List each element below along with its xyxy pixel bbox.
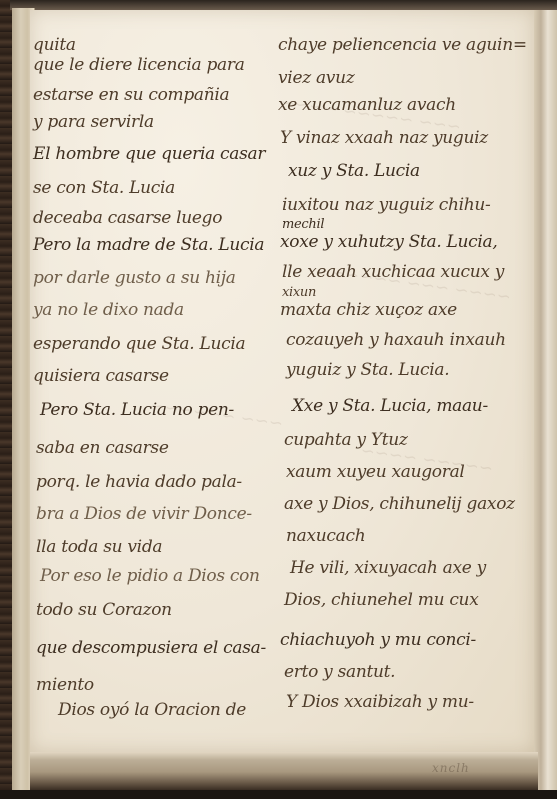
text-line: esperando que Sta. Lucia (33, 334, 245, 354)
text-line: miento (36, 675, 94, 695)
text-line: Pero Sta. Lucia no pen- (40, 400, 234, 420)
text-line: Dios, chiunehel mu cux (284, 590, 478, 610)
text-line: erto y santut. (284, 662, 395, 682)
text-line: iuxitou naz yuguiz chihu- (282, 195, 491, 215)
text-line: Y vinaz xxaah naz yuguiz (280, 128, 488, 148)
text-line: El hombre que queria casar (33, 144, 265, 164)
text-line: Y Dios xxaibizah y mu- (286, 692, 474, 712)
manuscript-page: ~~~ ~~~~~ ~~~~ ~~~~ ~~~ ~~~~~ ~~~~~ ~~~~… (30, 10, 534, 752)
text-line: xixun (282, 285, 316, 300)
manuscript-scan: ~~~ ~~~~~ ~~~~ ~~~~ ~~~ ~~~~~ ~~~~~ ~~~~… (0, 0, 557, 799)
text-line: ya no le dixo nada (33, 300, 184, 320)
text-line: xaum xuyeu xaugoral (286, 462, 465, 482)
text-line: Dios oyó la Oracion de (58, 700, 246, 720)
text-line: quita (33, 35, 76, 55)
text-line: y para servirla (33, 112, 154, 132)
text-line: xuz y Sta. Lucia (288, 161, 420, 181)
text-line: todo su Corazon (36, 600, 172, 620)
text-line: deceaba casarse luego (33, 208, 222, 228)
text-line: que le diere licencia para (33, 55, 245, 75)
top-page-edge (10, 0, 557, 10)
text-line: chaye peliencencia ve aguin= (278, 35, 527, 55)
text-line: lle xeaah xuchicaa xucux y (282, 262, 504, 282)
text-line: por darle gusto a su hija (33, 268, 236, 288)
text-line: He vili, xixuyacah axe y (290, 558, 486, 578)
text-line: Por eso le pidio a Dios con (40, 566, 260, 586)
text-line: cupahta y Ytuz (284, 430, 408, 450)
text-line: porq. le havia dado pala- (36, 472, 242, 492)
text-line: mechil (282, 217, 324, 232)
text-line: viez avuz (278, 68, 354, 88)
page-stack-right-edge (534, 10, 557, 790)
text-line: se con Sta. Lucia (33, 178, 175, 198)
text-line: bra a Dios de vivir Donce- (36, 504, 252, 524)
text-line: chiachuyoh y mu conci- (280, 630, 476, 650)
text-line: Pero la madre de Sta. Lucia (33, 235, 264, 255)
text-line: Xxe y Sta. Lucia, maau- (292, 396, 488, 416)
text-line: estarse en su compañia (33, 85, 229, 105)
text-line: yuguiz y Sta. Lucia. (286, 360, 449, 380)
text-line: quisiera casarse (33, 366, 169, 386)
text-line: xoxe y xuhutzy Sta. Lucia, (280, 232, 497, 252)
text-line: naxucach (286, 526, 365, 546)
text-line: maxta chiz xuçoz axe (280, 300, 457, 320)
text-line: lla toda su vida (36, 537, 162, 557)
text-line: saba en casarse (36, 438, 169, 458)
scan-background (0, 790, 557, 799)
text-line: xe xucamanluz avach (278, 95, 456, 115)
text-line: que descompusiera el casa- (36, 638, 266, 658)
text-line: axe y Dios, chihunelij gaxoz (284, 494, 515, 514)
edge-inscription: xnclh (432, 761, 470, 775)
text-line: cozauyeh y haxauh inxauh (286, 330, 506, 350)
